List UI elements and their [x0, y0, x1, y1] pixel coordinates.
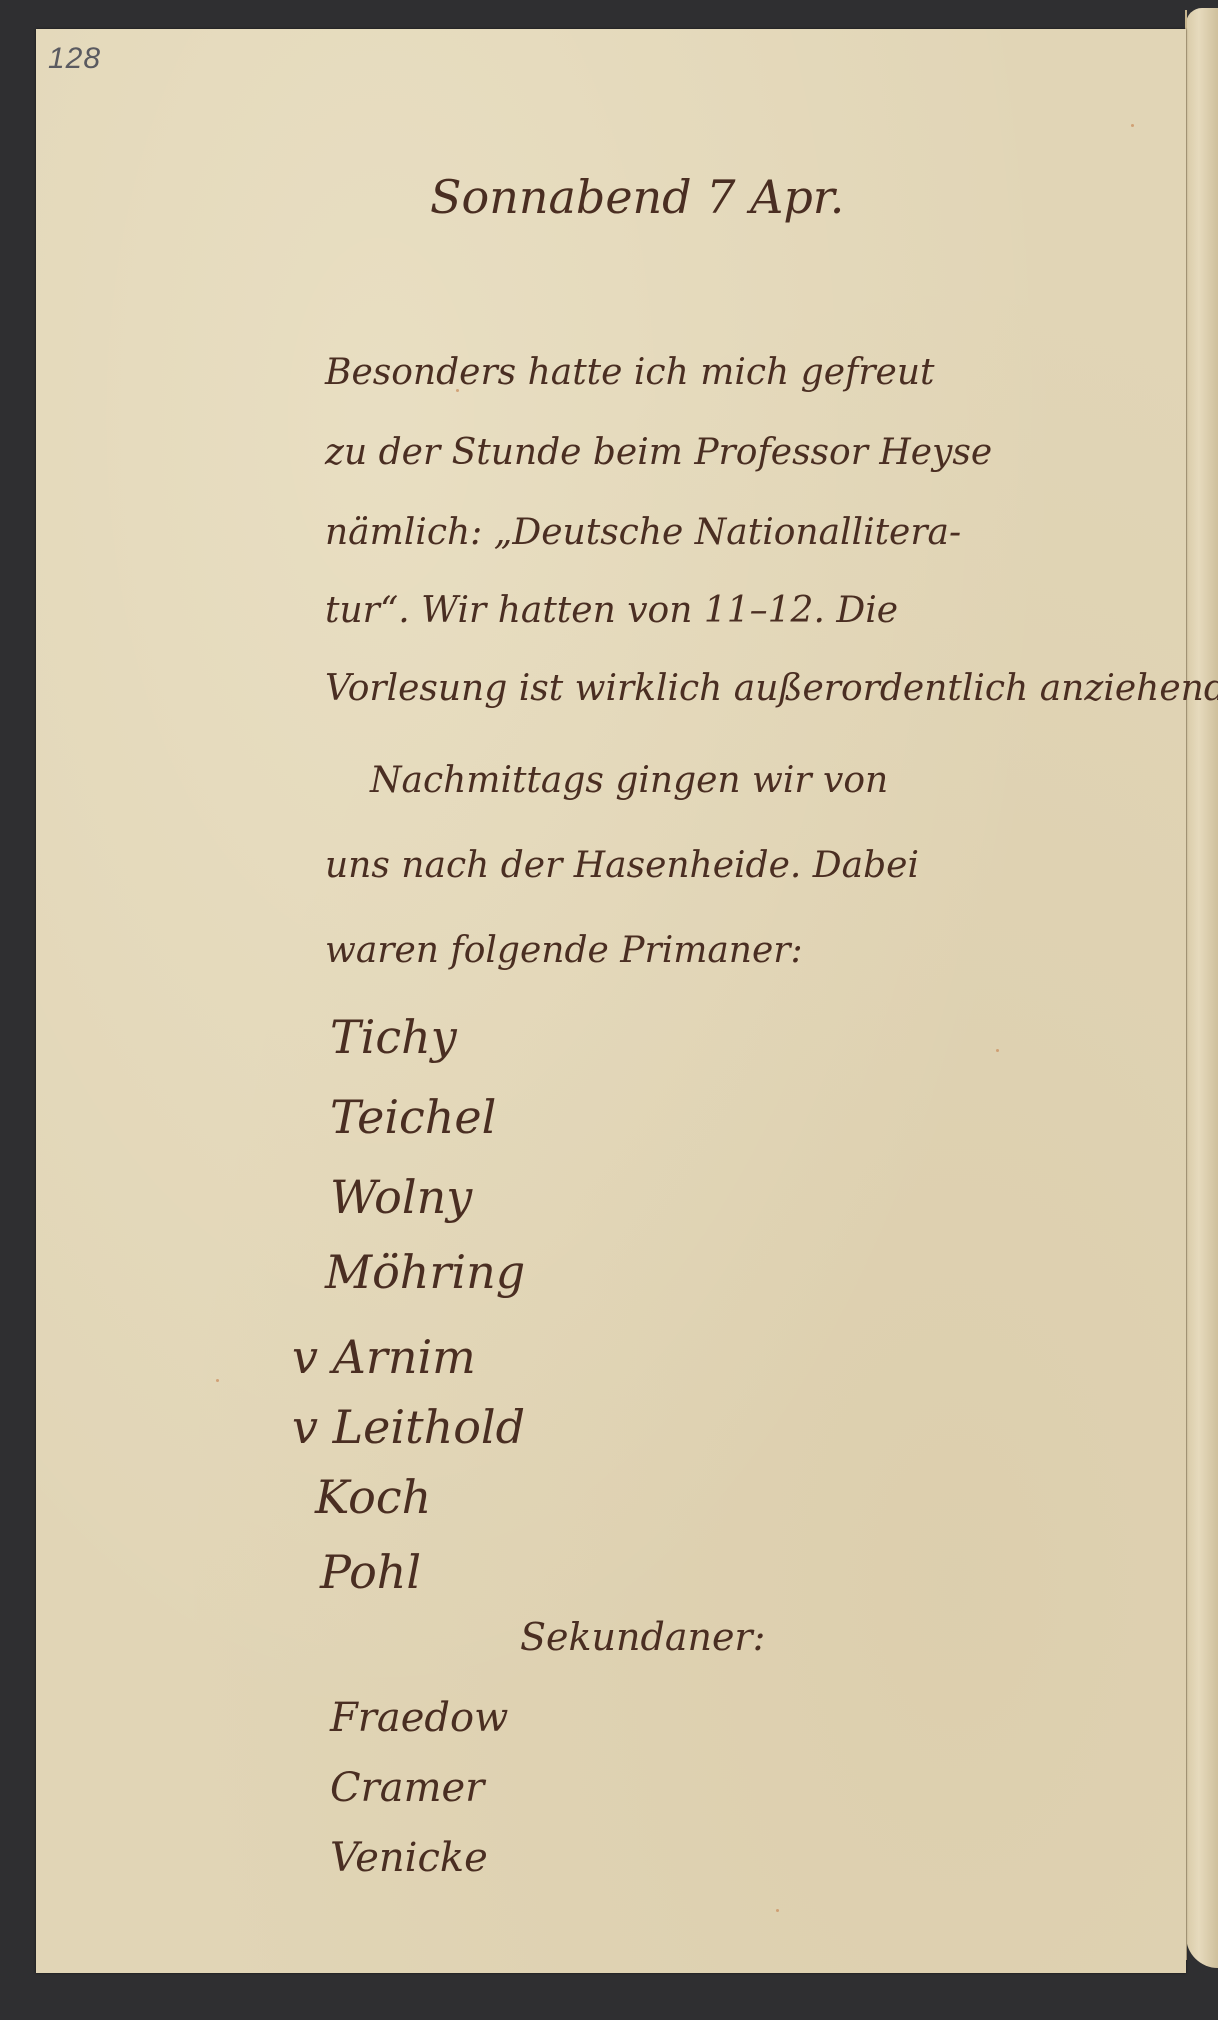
manuscript-page — [36, 29, 1186, 1973]
text-line: tur“. Wir hatten von 11–12. Die — [325, 590, 898, 631]
sekundaner-heading: Sekundaner: — [520, 1615, 765, 1659]
paper-speck — [1131, 124, 1134, 127]
primaner-name: Teichel — [330, 1090, 496, 1144]
paper-speck — [776, 1909, 779, 1912]
text-line: Vorlesung ist wirklich außerordentlich a… — [325, 668, 1218, 709]
page-number: 128 — [48, 42, 101, 76]
primaner-name: Wolny — [330, 1170, 472, 1224]
primaner-name: Pohl — [320, 1545, 421, 1599]
sekundaner-name: Fraedow — [330, 1695, 508, 1741]
primaner-name: Tichy — [330, 1010, 457, 1064]
adjacent-page-edge — [1186, 8, 1218, 1968]
text-line: uns nach der Hasenheide. Dabei — [325, 845, 919, 886]
text-line: nämlich: „Deutsche Nationallitera- — [325, 512, 961, 553]
paper-speck — [216, 1379, 219, 1382]
text-line: Besonders hatte ich mich gefreut — [325, 352, 935, 393]
entry-date-heading: Sonnabend 7 Apr. — [430, 170, 844, 224]
sekundaner-name: Venicke — [330, 1835, 488, 1881]
text-line: zu der Stunde beim Professor Heyse — [325, 432, 992, 473]
primaner-name: v Arnim — [292, 1330, 476, 1384]
text-line: waren folgende Primaner: — [325, 930, 803, 971]
primaner-name: Möhring — [325, 1245, 525, 1299]
paper-speck — [996, 1049, 999, 1052]
text-line: Nachmittags gingen wir von — [370, 760, 888, 801]
primaner-name: v Leithold — [292, 1400, 525, 1454]
sekundaner-name: Cramer — [330, 1765, 484, 1811]
primaner-name: Koch — [315, 1470, 431, 1524]
